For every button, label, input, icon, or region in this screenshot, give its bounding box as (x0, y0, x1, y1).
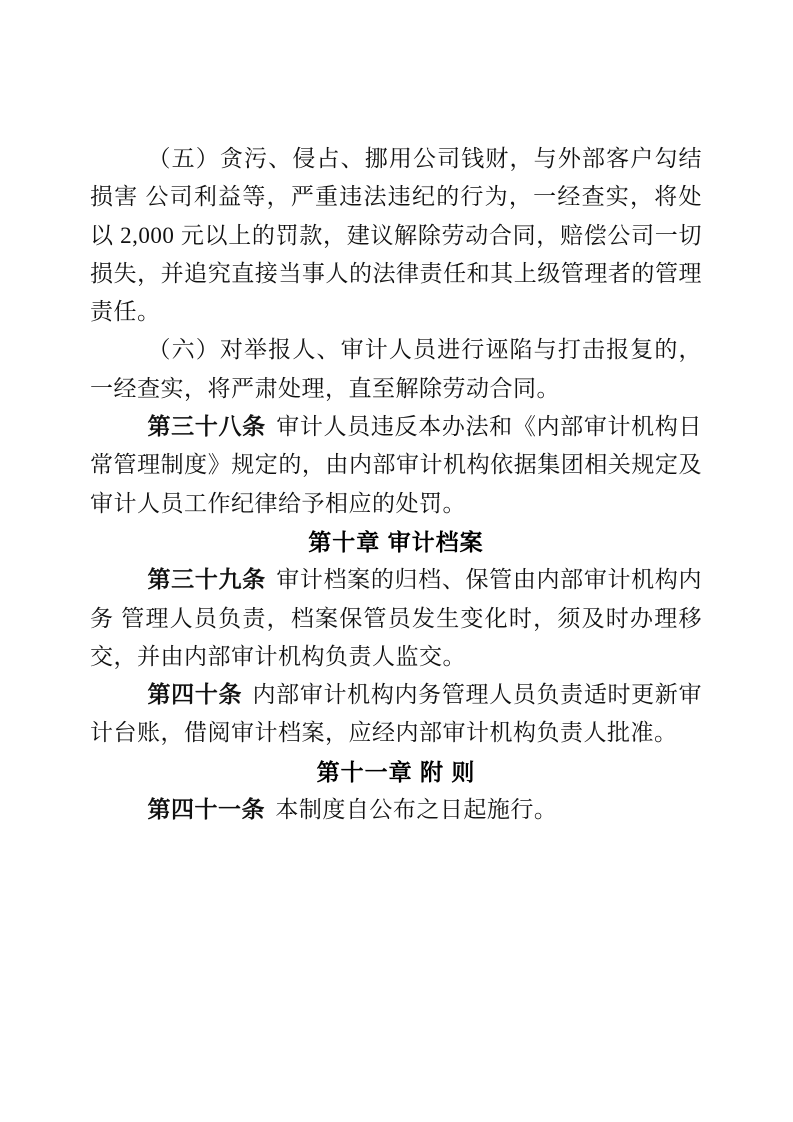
paragraph-item-5: （五）贪污、侵占、挪用公司钱财，与外部客户勾结损害 公司利益等，严重违法违纪的行… (90, 140, 702, 331)
paragraph-article-38: 第三十八条审计人员违反本办法和《内部审计机构日常管理制度》规定的，由内部审计机构… (90, 408, 702, 523)
paragraph-text: （五）贪污、侵占、挪用公司钱财，与外部客户勾结损害 公司利益等，严重违法违纪的行… (90, 146, 702, 324)
document-page: （五）贪污、侵占、挪用公司钱财，与外部客户勾结损害 公司利益等，严重违法违纪的行… (0, 0, 793, 1122)
paragraph-text: 本制度自公布之日起施行。 (275, 797, 557, 822)
paragraph-article-41: 第四十一条本制度自公布之日起施行。 (90, 791, 702, 829)
article-number-label: 第四十一条 (148, 797, 266, 822)
article-number-label: 第四十条 (148, 682, 243, 707)
chapter-heading-11: 第十一章 附 则 (90, 753, 702, 791)
chapter-heading-10: 第十章 审计档案 (90, 523, 702, 561)
chapter-heading-text: 第十一章 附 则 (317, 759, 476, 785)
chapter-heading-text: 第十章 审计档案 (308, 529, 483, 555)
document-body: （五）贪污、侵占、挪用公司钱财，与外部客户勾结损害 公司利益等，严重违法违纪的行… (90, 140, 702, 829)
paragraph-text: （六）对举报人、审计人员进行诬陷与打击报复的，一经查实，将严肃处理，直至解除劳动… (90, 337, 702, 400)
paragraph-article-39: 第三十九条审计档案的归档、保管由内部审计机构内务 管理人员负责，档案保管员发生变… (90, 561, 702, 676)
paragraph-item-6: （六）对举报人、审计人员进行诬陷与打击报复的，一经查实，将严肃处理，直至解除劳动… (90, 331, 702, 408)
paragraph-article-40: 第四十条内部审计机构内务管理人员负责适时更新审计台账，借阅审计档案，应经内部审计… (90, 676, 702, 753)
article-number-label: 第三十九条 (148, 567, 266, 592)
article-number-label: 第三十八条 (148, 414, 266, 439)
